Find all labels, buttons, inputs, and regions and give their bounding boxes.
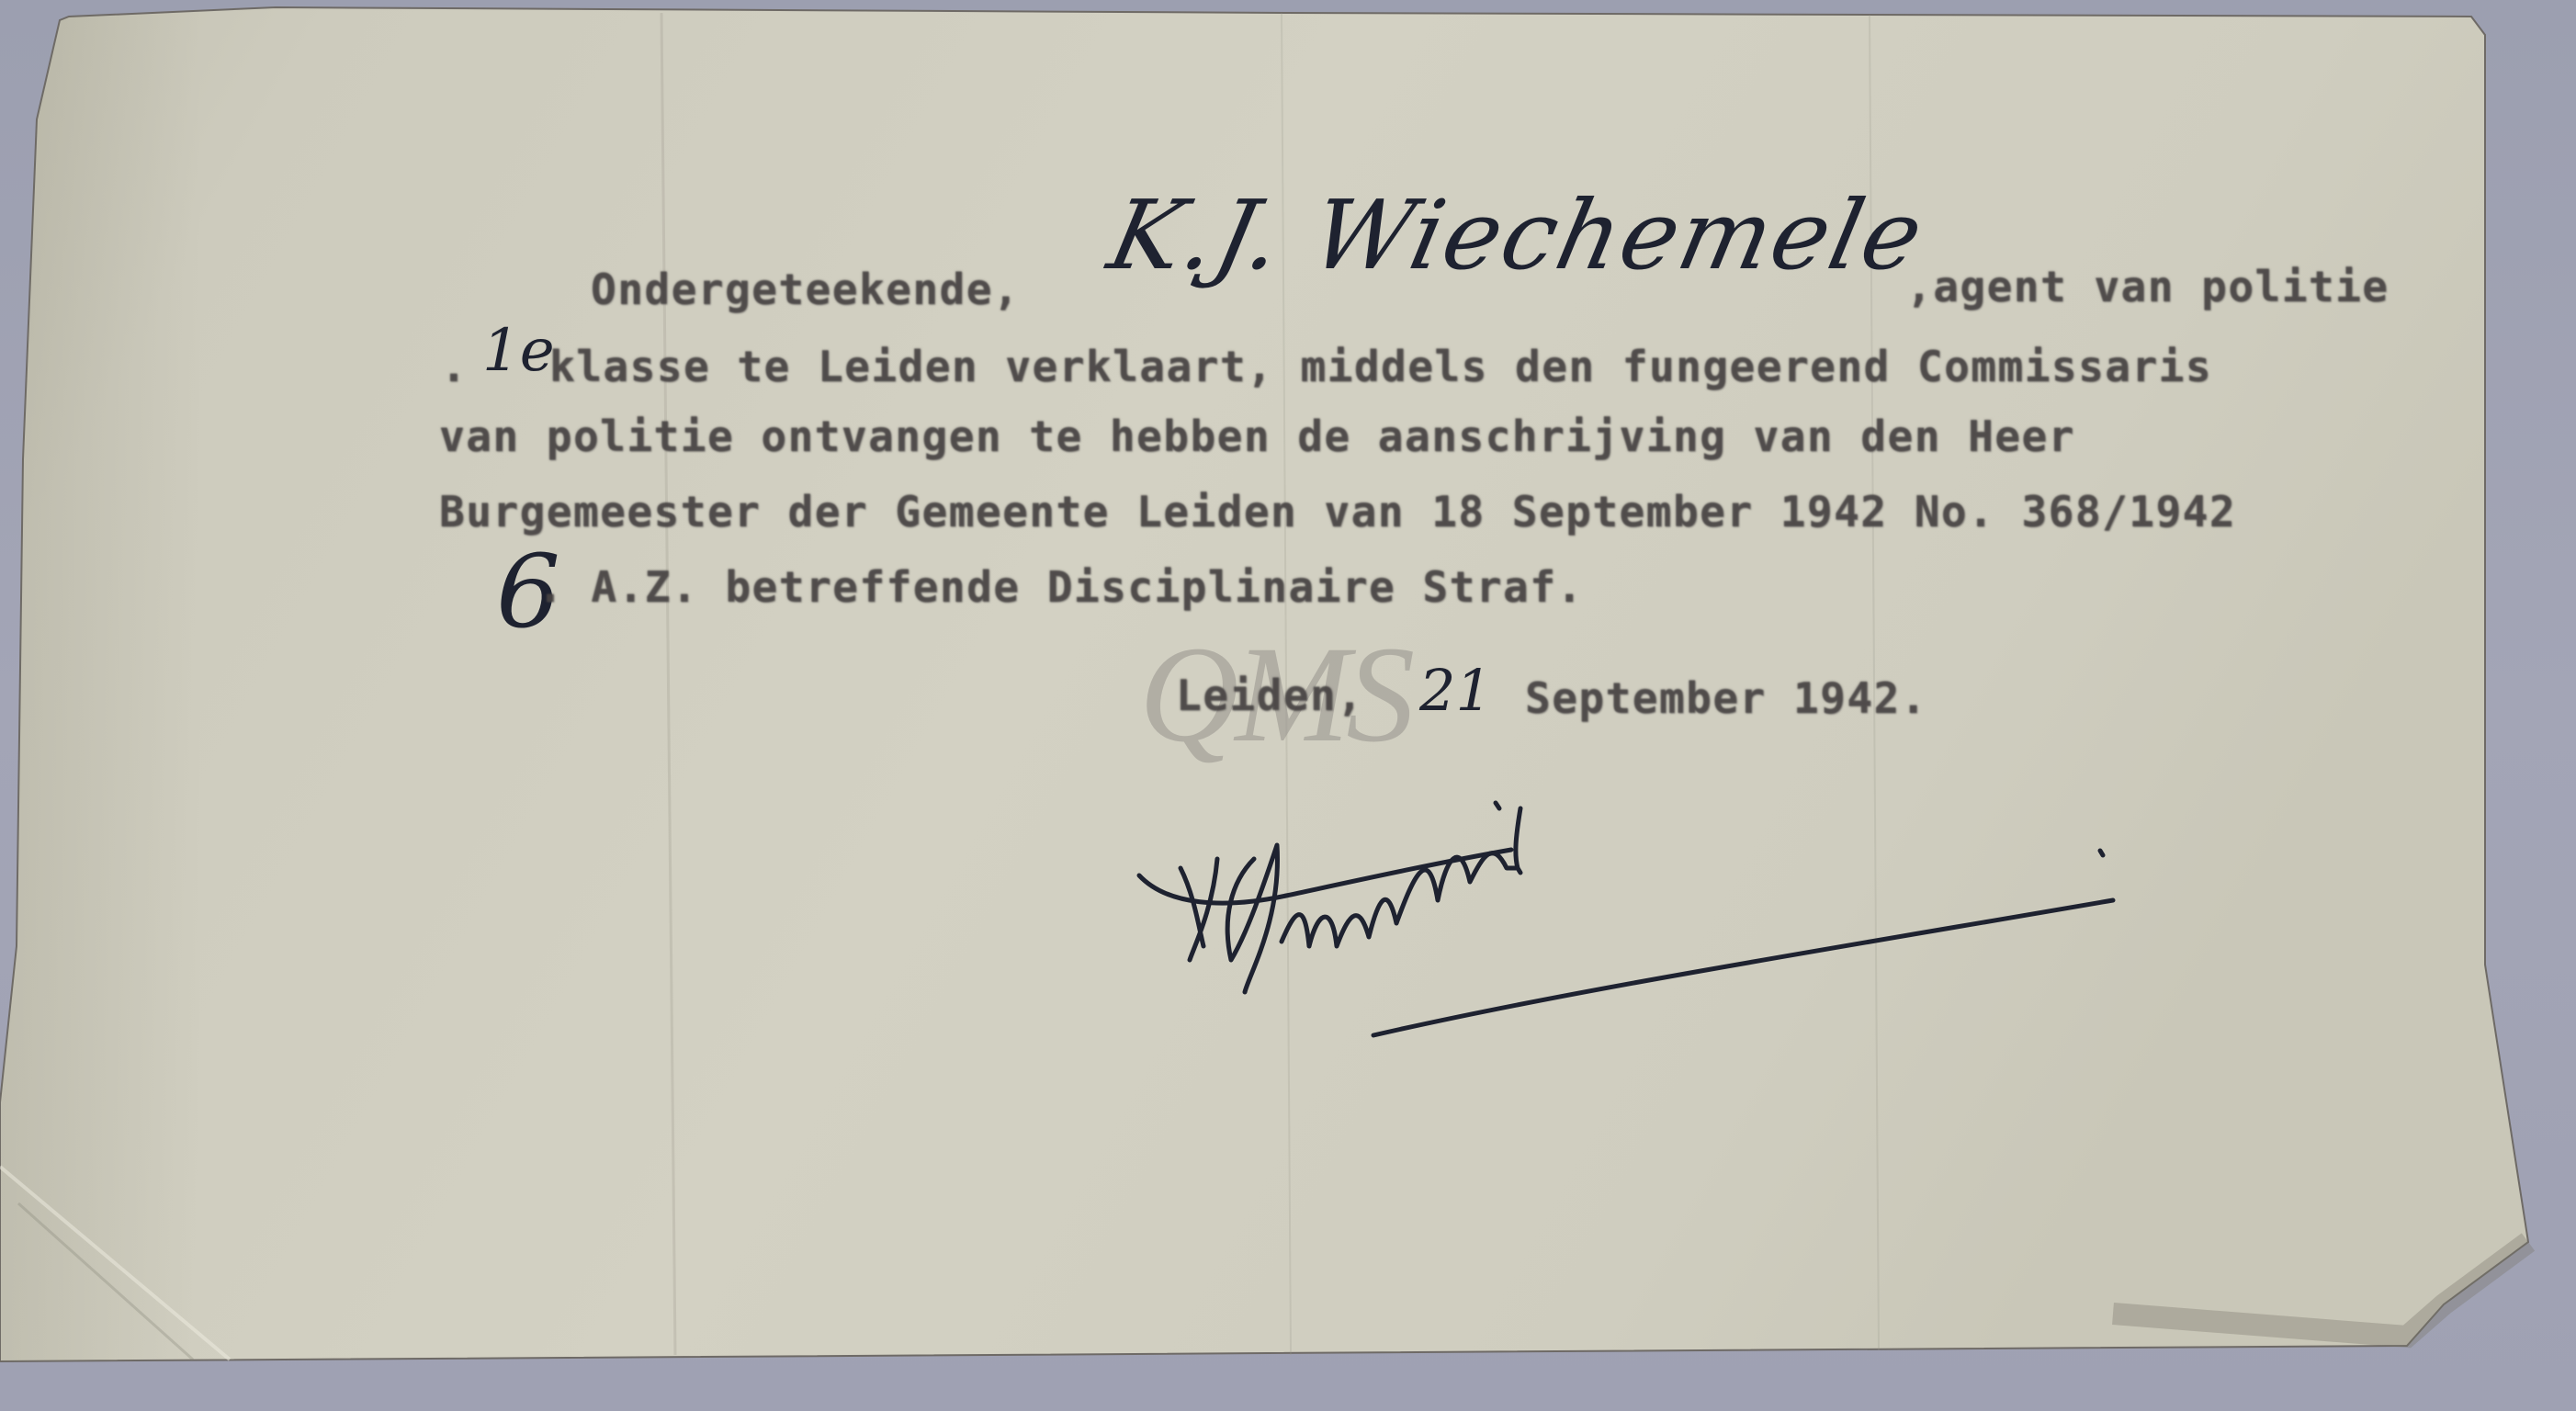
- signature-icon: [0, 0, 2576, 1411]
- document-sheet: Ondergeteekende, K.J. Wiechemele ,agent …: [0, 0, 2576, 1411]
